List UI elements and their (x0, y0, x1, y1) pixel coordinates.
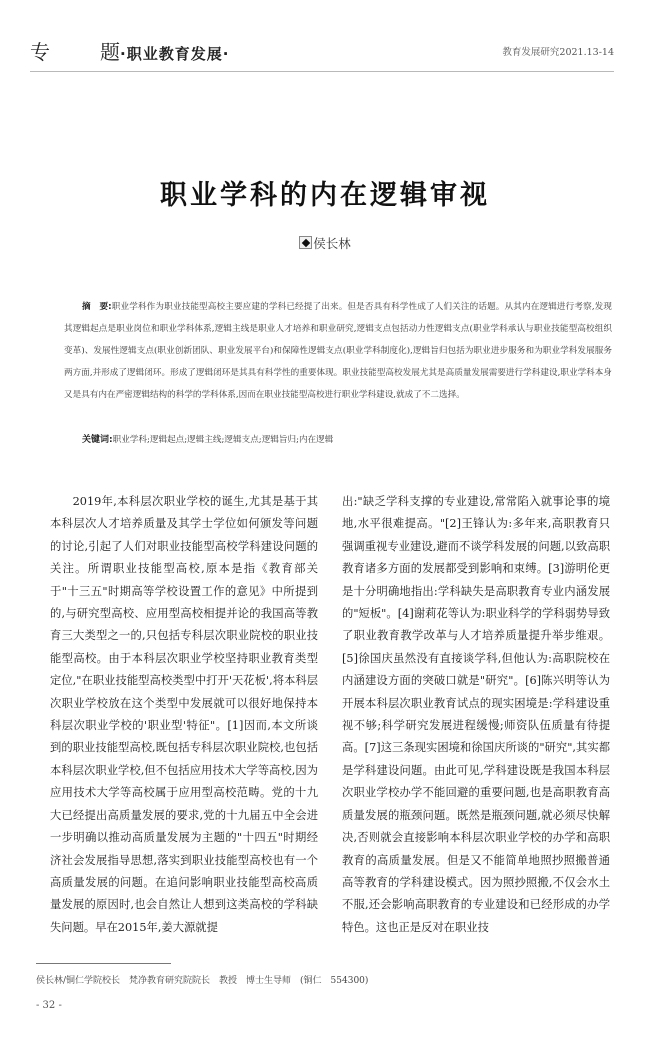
keywords-text: 职业学科;逻辑起点;逻辑主线;逻辑支点;逻辑旨归;内在逻辑 (113, 435, 334, 445)
article-title: 职业学科的内在逻辑审视 (0, 173, 650, 212)
section-char-ti: 题 (100, 36, 120, 65)
body-paragraph: 出:"缺乏学科支撑的专业建设,常常陷入就事论事的境地,水平很难提高。"[2]王锋… (342, 491, 610, 939)
body-column-right: 出:"缺乏学科支撑的专业建设,常常陷入就事论事的境地,水平很难提高。"[2]王锋… (342, 491, 610, 939)
author-line: 侯长林 (0, 234, 650, 252)
abstract-text: 职业学科作为职业技能型高校主要应建的学科已经提了出来。但是否具有科学性成了人们关… (64, 302, 612, 400)
author-footnote: 侯长林/铜仁学院校长 梵净教育研究院院长 教授 博士生导师 (铜仁 554300… (36, 973, 368, 986)
section-char-zhuan: 专 (30, 36, 100, 65)
page-number: - 32 - (36, 1000, 62, 1011)
keywords: 关键词:职业学科;逻辑起点;逻辑主线;逻辑支点;逻辑旨归;内在逻辑 (82, 432, 612, 445)
body-column-left: 2019年,本科层次职业学校的诞生,尤其是基于其本科层次人才培养质量及其学士学位… (50, 491, 318, 939)
running-header: 专题·职业教育发展· 教育发展研究2021.13-14 (30, 30, 614, 72)
author-marker-icon (299, 236, 312, 249)
section-heading: 专题·职业教育发展· (30, 36, 229, 65)
abstract: 摘 要:职业学科作为职业技能型高校主要应建的学科已经提了出来。但是否具有科学性成… (64, 296, 612, 406)
section-subtitle: ·职业教育发展· (120, 45, 229, 63)
abstract-label: 摘 要: (82, 302, 112, 312)
body-paragraph: 2019年,本科层次职业学校的诞生,尤其是基于其本科层次人才培养质量及其学士学位… (50, 491, 318, 939)
journal-citation: 教育发展研究2021.13-14 (502, 44, 614, 58)
footnote-divider (36, 963, 171, 964)
keywords-label: 关键词: (82, 435, 113, 445)
header-divider (30, 71, 614, 72)
author-name: 侯长林 (313, 236, 351, 251)
